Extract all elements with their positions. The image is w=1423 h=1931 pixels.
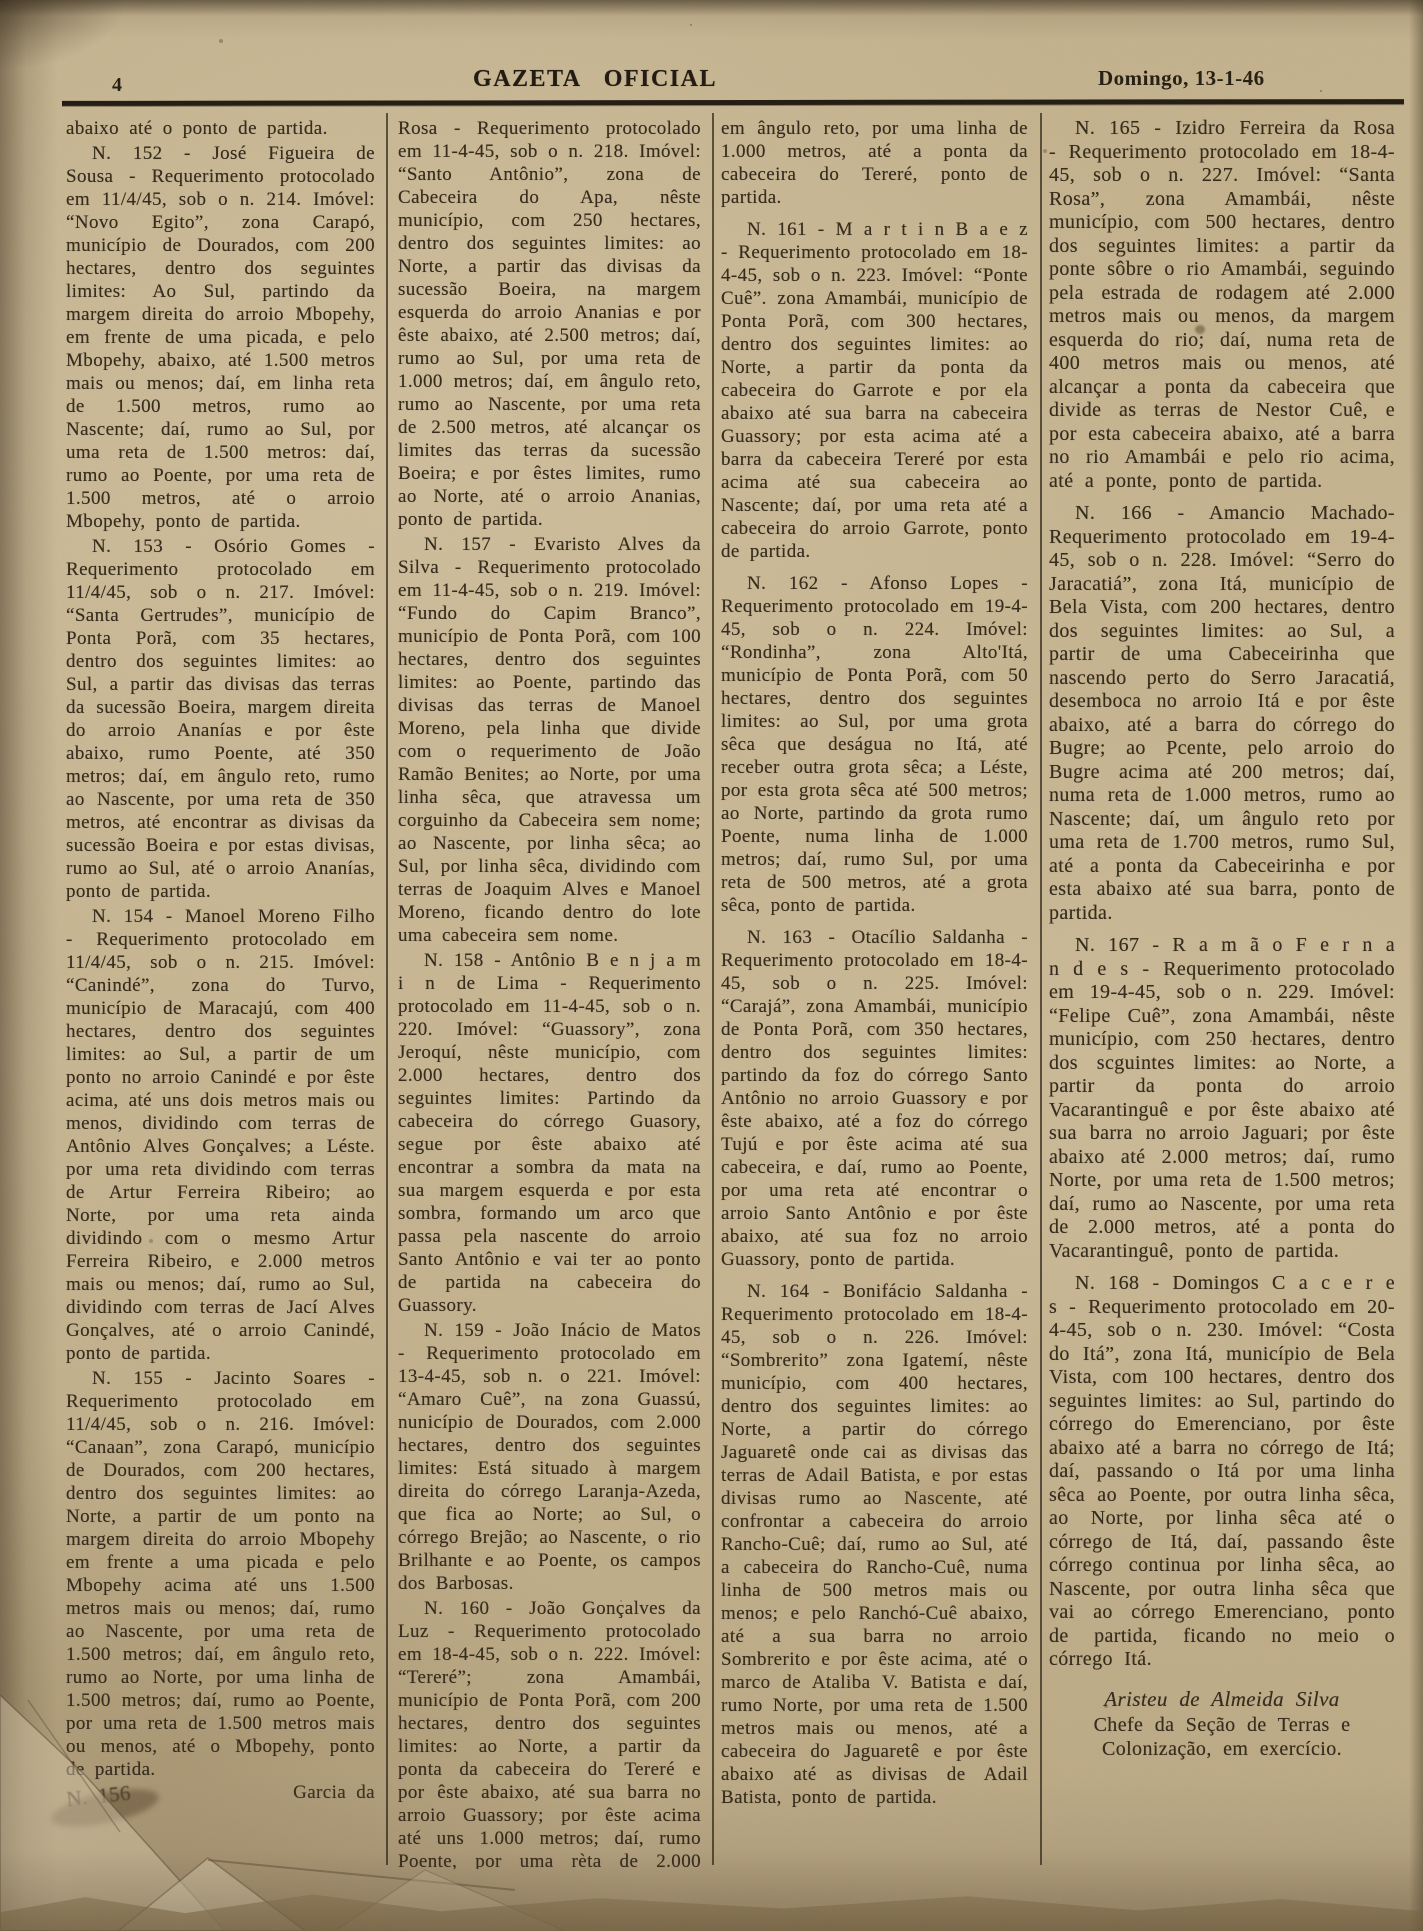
ink-spot: [1195, 325, 1205, 334]
signature-role: Chefe da Seção de Terras e Colonização, …: [1049, 1714, 1395, 1761]
paragraph: N. 152 - José Figueira de Sousa - Requer…: [66, 142, 375, 533]
paragraph: N. 159 - João Inácio de Matos - Requerim…: [398, 1319, 701, 1595]
column-3-paragraphs: em ângulo reto, por uma linha de 1.000 m…: [721, 117, 1028, 1809]
paragraph: abaixo até o ponto de partida.: [66, 117, 375, 140]
column-4-paragraphs: N. 165 - Izidro Ferreira da Rosa - Reque…: [1049, 117, 1395, 1672]
paragraph: N. 160 - João Gonçalves da Luz - Requeri…: [398, 1597, 701, 1869]
page-header: 4 GAZETA OFICIAL Domingo, 13-1-46: [0, 0, 1423, 110]
newspaper-page: 4 GAZETA OFICIAL Domingo, 13-1-46 abaixo…: [0, 0, 1423, 1931]
column-4: N. 165 - Izidro Ferreira da Rosa - Reque…: [1049, 117, 1395, 1869]
columns-container: abaixo até o ponto de partida.N. 152 - J…: [0, 117, 1423, 1869]
column-2: Rosa - Requerimento protocolado em 11-4-…: [398, 117, 701, 1869]
paragraph: N. 168 - Domingos C a c e r e s - Requer…: [1049, 1272, 1395, 1672]
paragraph: N. 164 - Bonifácio Saldanha - Requerimen…: [721, 1280, 1028, 1809]
entry-156-continuation: Garcia da: [293, 1781, 375, 1804]
paragraph: N. 162 - Afonso Lopes - Requerimento pro…: [721, 572, 1028, 917]
paragraph: Rosa - Requerimento protocolado em 11-4-…: [398, 117, 701, 531]
paragraph: N. 158 - Antônio B e n j a m i n de Lima…: [398, 949, 701, 1317]
masthead-title: GAZETA OFICIAL: [430, 66, 760, 93]
paragraph: N. 154 - Manoel Moreno Filho - Requerime…: [66, 905, 375, 1365]
paragraph: em ângulo reto, por uma linha de 1.000 m…: [721, 117, 1028, 209]
paragraph: N. 167 - R a m ã o F e r n a n d e s - R…: [1049, 934, 1395, 1263]
paragraph: N. 163 - Otacílio Saldanha - Requeriment…: [721, 926, 1028, 1271]
page-number: 4: [112, 74, 122, 97]
issue-date: Domingo, 13-1-46: [1098, 66, 1338, 91]
paragraph: N. 161 - M a r t i n B a e z - Requerime…: [721, 218, 1028, 563]
column-divider-1: [386, 113, 388, 1865]
column-divider-3: [1040, 113, 1042, 1865]
paper-speckles: [0, 0, 2, 2]
column-3: em ângulo reto, por uma linha de 1.000 m…: [721, 117, 1028, 1869]
paper-stain: [880, 1460, 1000, 1530]
paragraph: N. 166 - Amancio Machado- Requerimento p…: [1049, 502, 1395, 925]
signature-name: Aristeu de Almeida Silva: [1049, 1688, 1395, 1712]
paragraph: N. 165 - Izidro Ferreira da Rosa - Reque…: [1049, 117, 1395, 493]
column-2-paragraphs: Rosa - Requerimento protocolado em 11-4-…: [398, 117, 701, 1869]
column-1: abaixo até o ponto de partida.N. 152 - J…: [66, 117, 375, 1869]
paragraph: N. 153 - Osório Gomes - Requerimento pro…: [66, 535, 375, 903]
bottom-edge-shadow: [0, 1850, 1423, 1931]
column-divider-2: [712, 113, 714, 1865]
paragraph: N. 155 - Jacinto Soares - Requerimento p…: [66, 1367, 375, 1781]
paragraph: N. 157 - Evaristo Alves da Silva - Reque…: [398, 533, 701, 947]
column-1-paragraphs: abaixo até o ponto de partida.N. 152 - J…: [66, 117, 375, 1781]
